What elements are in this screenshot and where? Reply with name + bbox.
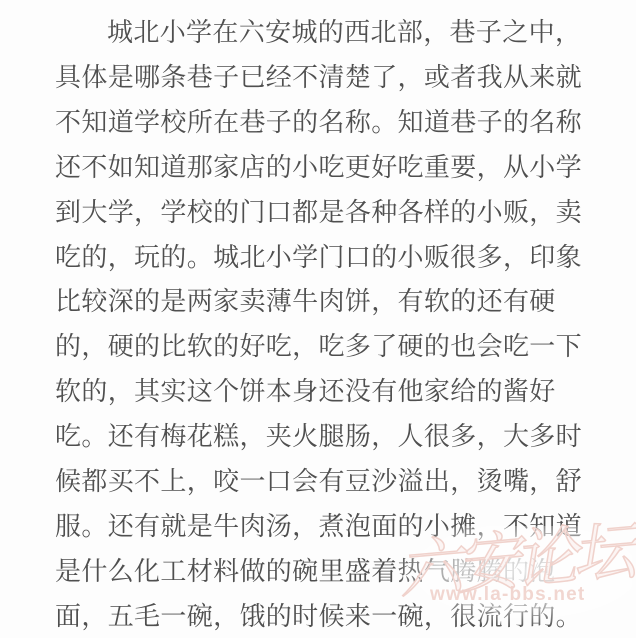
text-line: 是什么化工材料做的碗里盛着热气腾腾的泡 [55, 549, 583, 594]
text-line: 具体是哪条巷子已经不清楚了，或者我从来就 [55, 55, 583, 100]
text-line: 的，硬的比软的好吃，吃多了硬的也会吃一下 [55, 324, 583, 369]
text-line: 到大学，学校的门口都是各种各样的小贩，卖 [55, 190, 583, 235]
text-line: 软的，其实这个饼本身还没有他家给的酱好 [55, 369, 583, 414]
article-paragraph: 城北小学在六安城的西北部，巷子之中， 具体是哪条巷子已经不清楚了，或者我从来就 … [55, 10, 583, 638]
text-line: 候都买不上，咬一口会有豆沙溢出，烫嘴，舒 [55, 459, 583, 504]
text-line: 城北小学在六安城的西北部，巷子之中， [55, 10, 583, 55]
text-line: 吃的，玩的。城北小学门口的小贩很多，印象 [55, 235, 583, 280]
text-line: 面，五毛一碗，饿的时候来一碗，很流行的。 [55, 594, 583, 638]
text-line: 吃。还有梅花糕，夹火腿肠，人很多，大多时 [55, 414, 583, 459]
text-line: 不知道学校所在巷子的名称。知道巷子的名称 [55, 100, 583, 145]
text-line: 比较深的是两家卖薄牛肉饼，有软的还有硬 [55, 279, 583, 324]
text-line: 服。还有就是牛肉汤，煮泡面的小摊，不知道 [55, 504, 583, 549]
text-line: 还不如知道那家店的小吃更好吃重要，从小学 [55, 145, 583, 190]
